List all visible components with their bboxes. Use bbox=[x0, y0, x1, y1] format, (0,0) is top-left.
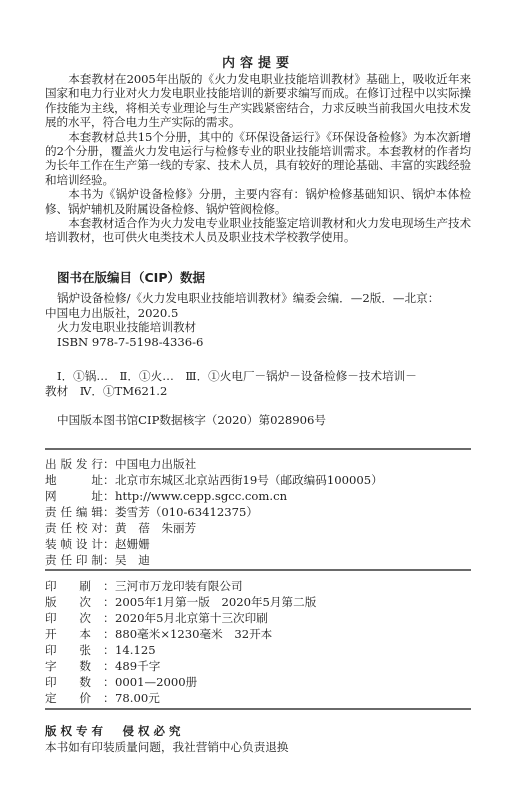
cip-series-line: 火力发电职业技能培训教材 bbox=[45, 320, 471, 335]
label-char: 制 bbox=[91, 552, 103, 568]
field-value: http://www.cepp.sgcc.com.cn bbox=[115, 488, 287, 504]
printing-row: 字数：489千字 bbox=[45, 658, 471, 674]
label-char: 设 bbox=[76, 536, 88, 552]
field-value: 2005年1月第一版 2020年5月第二版 bbox=[115, 594, 316, 610]
label-char: 印 bbox=[45, 674, 57, 690]
publication-row: 出版发行：中国电力出版社 bbox=[45, 456, 471, 472]
label-char: 网 bbox=[45, 488, 57, 504]
field-value: 2020年5月北京第十三次印刷 bbox=[115, 610, 268, 626]
field-value: 14.125 bbox=[115, 642, 156, 658]
label-char: 发 bbox=[76, 456, 88, 472]
label-char: 编 bbox=[76, 504, 88, 520]
label-char: 张 bbox=[79, 642, 91, 658]
label-char: 开 bbox=[45, 626, 57, 642]
label-colon: ： bbox=[103, 658, 115, 674]
field-label: 印数 bbox=[45, 674, 103, 690]
label-char: 址 bbox=[91, 472, 103, 488]
label-char: 定 bbox=[45, 690, 57, 706]
field-label: 印次 bbox=[45, 610, 103, 626]
rights-note: 本书如有印装质量问题，我社营销中心负责退换 bbox=[45, 739, 288, 755]
printing-row: 印数：0001—2000册 bbox=[45, 674, 471, 690]
label-char: 行 bbox=[91, 456, 103, 472]
publication-row: 地址：北京市东城区北京站西街19号（邮政编码100005） bbox=[45, 472, 471, 488]
publication-row: 责任印制：吴 迪 bbox=[45, 552, 471, 568]
label-char: 帧 bbox=[60, 536, 72, 552]
cip-heading: 图书在版编目（CIP）数据 bbox=[57, 268, 205, 286]
label-char: 任 bbox=[60, 504, 72, 520]
label-char: 装 bbox=[45, 536, 57, 552]
label-colon: ： bbox=[103, 626, 115, 642]
cip-record: 锅炉设备检修/《火力发电职业技能培训教材》编委会编．—2版．—北京： 中国电力出… bbox=[45, 291, 471, 349]
field-label: 地址 bbox=[45, 472, 103, 488]
abstract-paragraph: 本套教材总共15个分册，其中的《环保设备运行》《环保设备检修》为本次新增的2个分… bbox=[45, 130, 471, 188]
label-colon: ： bbox=[103, 536, 115, 552]
label-colon: ： bbox=[103, 594, 115, 610]
label-char: 对 bbox=[91, 520, 103, 536]
field-value: 三河市万龙印装有限公司 bbox=[115, 578, 243, 594]
label-char: 版 bbox=[60, 456, 72, 472]
field-label: 字数 bbox=[45, 658, 103, 674]
label-char: 任 bbox=[60, 552, 72, 568]
field-label: 装帧设计 bbox=[45, 536, 103, 552]
abstract-paragraph: 本书为《锅炉设备检修》分册，主要内容有：锅炉检修基础知识、锅炉本体检修、锅炉辅机… bbox=[45, 187, 471, 216]
label-char: 印 bbox=[45, 578, 57, 594]
field-label: 印刷 bbox=[45, 578, 103, 594]
label-colon: ： bbox=[103, 472, 115, 488]
field-label: 网址 bbox=[45, 488, 103, 504]
abstract-paragraph: 本套教材在2005年出版的《火力发电职业技能培训教材》基础上，吸收近年来国家和电… bbox=[45, 72, 471, 130]
cip-isbn-line: ISBN 978-7-5198-4336-6 bbox=[45, 335, 471, 350]
printing-row: 版次：2005年1月第一版 2020年5月第二版 bbox=[45, 594, 471, 610]
label-char: 计 bbox=[91, 536, 103, 552]
label-char: 任 bbox=[60, 520, 72, 536]
divider bbox=[45, 448, 471, 450]
label-char: 次 bbox=[79, 610, 91, 626]
abstract-section: 本套教材在2005年出版的《火力发电职业技能培训教材》基础上，吸收近年来国家和电… bbox=[45, 72, 471, 245]
rights-section: 版权专有 侵权必究 本书如有印装质量问题，我社营销中心负责退换 bbox=[45, 723, 288, 755]
publication-row: 网址：http://www.cepp.sgcc.com.cn bbox=[45, 488, 471, 504]
label-char: 数 bbox=[79, 658, 91, 674]
label-colon: ： bbox=[103, 552, 115, 568]
field-label: 责任印制 bbox=[45, 552, 103, 568]
label-char: 辑 bbox=[91, 504, 103, 520]
label-char: 本 bbox=[79, 626, 91, 642]
field-value: 吴 迪 bbox=[115, 552, 150, 568]
label-colon: ： bbox=[103, 456, 115, 472]
printing-info: 印刷：三河市万龙印装有限公司版次：2005年1月第一版 2020年5月第二版印次… bbox=[45, 578, 471, 706]
label-char: 字 bbox=[45, 658, 57, 674]
cip-class-line: Ⅰ．①锅… Ⅱ．①火… Ⅲ．①火电厂－锅炉－设备检修－技术培训－ bbox=[45, 369, 471, 384]
label-char: 印 bbox=[76, 552, 88, 568]
printing-row: 印张：14.125 bbox=[45, 642, 471, 658]
field-value: 0001—2000册 bbox=[115, 674, 197, 690]
label-colon: ： bbox=[103, 504, 115, 520]
label-char: 次 bbox=[79, 594, 91, 610]
field-label: 责任编辑 bbox=[45, 504, 103, 520]
publication-row: 装帧设计：赵姗姗 bbox=[45, 536, 471, 552]
cip-title-line: 锅炉设备检修/《火力发电职业技能培训教材》编委会编．—2版．—北京： bbox=[45, 291, 471, 306]
label-colon: ： bbox=[103, 690, 115, 706]
field-value: 黄 蓓 朱丽芳 bbox=[115, 520, 196, 536]
label-char: 责 bbox=[45, 520, 57, 536]
divider bbox=[45, 569, 471, 571]
field-label: 版次 bbox=[45, 594, 103, 610]
cip-number: 中国版本图书馆CIP数据核字（2020）第028906号 bbox=[57, 412, 326, 428]
label-char: 版 bbox=[45, 594, 57, 610]
field-label: 出版发行 bbox=[45, 456, 103, 472]
label-char: 校 bbox=[76, 520, 88, 536]
label-colon: ： bbox=[103, 578, 115, 594]
label-colon: ： bbox=[103, 610, 115, 626]
label-colon: ： bbox=[103, 488, 115, 504]
printing-row: 印刷：三河市万龙印装有限公司 bbox=[45, 578, 471, 594]
field-value: 中国电力出版社 bbox=[115, 456, 196, 472]
label-char: 数 bbox=[79, 674, 91, 690]
label-char: 责 bbox=[45, 504, 57, 520]
abstract-paragraph: 本套教材适合作为火力发电专业职业技能鉴定培训教材和火力发电现场生产技术培训教材，… bbox=[45, 216, 471, 245]
label-colon: ： bbox=[103, 642, 115, 658]
printing-row: 定价：78.00元 bbox=[45, 690, 471, 706]
label-char: 印 bbox=[45, 610, 57, 626]
field-value: 北京市东城区北京站西街19号（邮政编码100005） bbox=[115, 472, 383, 488]
field-value: 78.00元 bbox=[115, 690, 160, 706]
label-colon: ： bbox=[103, 674, 115, 690]
field-label: 责任校对 bbox=[45, 520, 103, 536]
page-title: 内容提要 bbox=[45, 52, 471, 71]
printing-row: 开本：880毫米×1230毫米 32开本 bbox=[45, 626, 471, 642]
label-char: 价 bbox=[79, 690, 91, 706]
field-label: 印张 bbox=[45, 642, 103, 658]
rights-title: 版权专有 侵权必究 bbox=[45, 723, 288, 739]
label-char: 地 bbox=[45, 472, 57, 488]
divider bbox=[45, 708, 471, 710]
publication-info: 出版发行：中国电力出版社地址：北京市东城区北京站西街19号（邮政编码100005… bbox=[45, 456, 471, 568]
field-value: 赵姗姗 bbox=[115, 536, 150, 552]
label-char: 印 bbox=[45, 642, 57, 658]
field-value: 489千字 bbox=[115, 658, 160, 674]
label-colon: ： bbox=[103, 520, 115, 536]
cip-publisher-line: 中国电力出版社，2020.5 bbox=[45, 306, 471, 321]
cip-class-line: 教材 Ⅳ．①TM621.2 bbox=[45, 384, 471, 399]
label-char: 出 bbox=[45, 456, 57, 472]
label-char: 刷 bbox=[79, 578, 91, 594]
field-label: 定价 bbox=[45, 690, 103, 706]
label-char: 址 bbox=[91, 488, 103, 504]
field-value: 娄雪芳（010-63412375） bbox=[115, 504, 258, 520]
field-label: 开本 bbox=[45, 626, 103, 642]
label-char: 责 bbox=[45, 552, 57, 568]
publication-row: 责任校对：黄 蓓 朱丽芳 bbox=[45, 520, 471, 536]
cip-classification: Ⅰ．①锅… Ⅱ．①火… Ⅲ．①火电厂－锅炉－设备检修－技术培训－ 教材 Ⅳ．①T… bbox=[45, 369, 471, 398]
printing-row: 印次：2020年5月北京第十三次印刷 bbox=[45, 610, 471, 626]
publication-row: 责任编辑：娄雪芳（010-63412375） bbox=[45, 504, 471, 520]
field-value: 880毫米×1230毫米 32开本 bbox=[115, 626, 272, 642]
